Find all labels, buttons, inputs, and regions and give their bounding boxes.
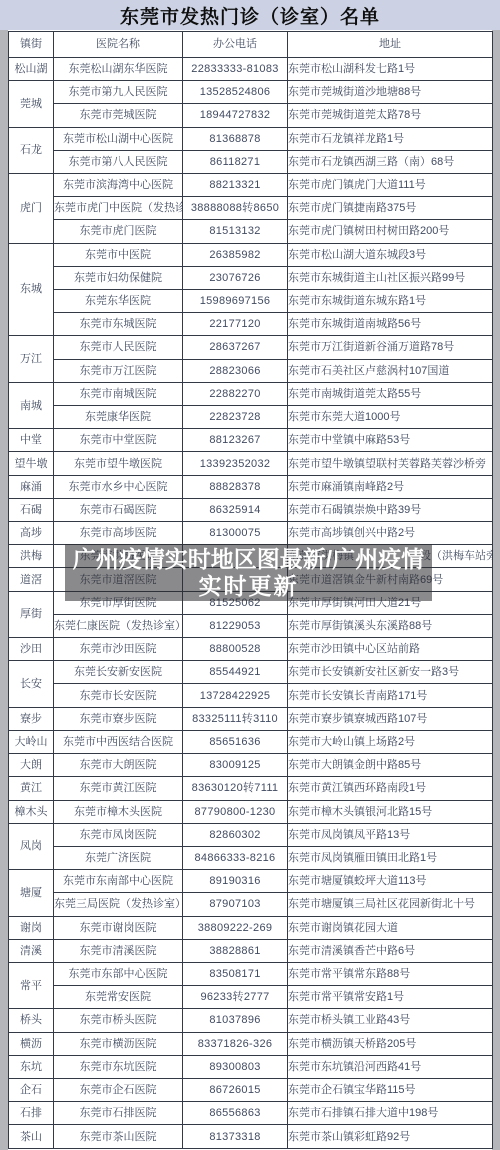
phone-cell: 89190316 bbox=[183, 870, 288, 893]
town-cell: 大朗 bbox=[9, 754, 54, 777]
hospital-name-cell: 东莞长安新安医院 bbox=[54, 661, 183, 684]
phone-cell: 13528524806 bbox=[183, 81, 288, 104]
table-row: 横沥东莞市横沥医院83371826-326东莞市横沥镇天桥路205号 bbox=[9, 1032, 493, 1055]
address-cell: 东莞市莞城街道沙地塘88号 bbox=[288, 81, 493, 104]
hospital-name-cell: 东莞市中西医结合医院 bbox=[54, 730, 183, 753]
phone-cell: 26385982 bbox=[183, 243, 288, 266]
phone-cell: 23076726 bbox=[183, 266, 288, 289]
hospital-name-cell: 东莞市中医院 bbox=[54, 243, 183, 266]
town-cell: 南城 bbox=[9, 382, 54, 428]
address-cell: 东莞市望牛墩镇望联村芙蓉路芙蓉沙桥旁 bbox=[288, 452, 493, 475]
table-row: 石排东莞市石排医院86556863东莞市石排镇石排大道中198号 bbox=[9, 1102, 493, 1125]
address-cell: 东莞市谢岗镇花园大道 bbox=[288, 916, 493, 939]
address-cell: 东莞市虎门镇捷南路375号 bbox=[288, 197, 493, 220]
town-cell: 东坑 bbox=[9, 1055, 54, 1078]
right-margin-strip bbox=[492, 30, 500, 1150]
town-cell: 石排 bbox=[9, 1102, 54, 1125]
table-row: 常平东莞市东部中心医院83508171东莞市常平镇常东路88号 bbox=[9, 962, 493, 985]
hospital-name-cell: 东莞市第九人民医院 bbox=[54, 81, 183, 104]
hospital-name-cell: 东莞市妇幼保健院 bbox=[54, 266, 183, 289]
address-cell: 东莞市沙田镇中心区站前路 bbox=[288, 638, 493, 661]
address-cell: 东莞市塘厦镇三局社区花园新街北十号 bbox=[288, 893, 493, 916]
page: 东莞市发热门诊（诊室）名单 镇街医院名称办公电话地址松山湖东莞松山湖东华医院22… bbox=[0, 0, 500, 1150]
town-cell: 大岭山 bbox=[9, 730, 54, 753]
phone-cell: 86325914 bbox=[183, 498, 288, 521]
hospital-name-cell: 东莞市东坑医院 bbox=[54, 1055, 183, 1078]
table-row: 樟木头东莞市樟木头医院87790800-1230东莞市樟木头镇银河北路15号 bbox=[9, 800, 493, 823]
address-cell: 东莞市松山湖大道东城段3号 bbox=[288, 243, 493, 266]
address-cell: 东莞市南城街道莞太路55号 bbox=[288, 382, 493, 405]
table-row: 万江东莞市人民医院28637267东莞市万江街道新谷涌万道路78号 bbox=[9, 336, 493, 359]
address-cell: 东莞市石龙镇祥龙路1号 bbox=[288, 127, 493, 150]
address-cell: 东莞市塘厦镇蛟坪大道113号 bbox=[288, 870, 493, 893]
table-row: 凤岗东莞市凤岗医院82860302东莞市凤岗镇凤平路13号 bbox=[9, 823, 493, 846]
phone-cell: 38888088转8650 bbox=[183, 197, 288, 220]
hospital-name-cell: 东莞常安医院 bbox=[54, 986, 183, 1009]
table-row: 东莞市虎门医院81513132东莞市虎门镇树田村树田路200号 bbox=[9, 220, 493, 243]
phone-cell: 38828861 bbox=[183, 939, 288, 962]
column-header: 地址 bbox=[288, 32, 493, 58]
address-cell: 东莞市东坑镇沿河西路41号 bbox=[288, 1055, 493, 1078]
address-cell: 东莞市虎门镇虎门大道111号 bbox=[288, 174, 493, 197]
table-row: 莞城东莞市第九人民医院13528524806东莞市莞城街道沙地塘88号 bbox=[9, 81, 493, 104]
address-cell: 东莞市黄江镇西环路南段1号 bbox=[288, 777, 493, 800]
table-row: 清溪东莞市清溪医院38828861东莞市清溪镇香芒中路6号 bbox=[9, 939, 493, 962]
hospital-name-cell: 东莞市大朗医院 bbox=[54, 754, 183, 777]
town-cell: 谢岗 bbox=[9, 916, 54, 939]
phone-cell: 81300075 bbox=[183, 522, 288, 545]
table-row: 东莞市第八人民医院86118271东莞市石龙镇西湖三路（南）68号 bbox=[9, 150, 493, 173]
hospital-name-cell: 东莞市中堂医院 bbox=[54, 429, 183, 452]
phone-cell: 81373318 bbox=[183, 1125, 288, 1149]
table-row: 石碣东莞市石碣医院86325914东莞市石碣镇崇焕中路39号 bbox=[9, 498, 493, 521]
town-cell: 东城 bbox=[9, 243, 54, 336]
town-cell: 望牛墩 bbox=[9, 452, 54, 475]
town-cell: 清溪 bbox=[9, 939, 54, 962]
address-cell: 东莞市石碣镇崇焕中路39号 bbox=[288, 498, 493, 521]
phone-cell: 83508171 bbox=[183, 962, 288, 985]
address-cell: 东莞市大岭山镇上场路2号 bbox=[288, 730, 493, 753]
town-cell: 中堂 bbox=[9, 429, 54, 452]
address-cell: 东莞市东莞大道1000号 bbox=[288, 406, 493, 429]
hospital-name-cell: 东莞市滨海湾中心医院 bbox=[54, 174, 183, 197]
town-cell: 桥头 bbox=[9, 1009, 54, 1032]
hospital-name-cell: 东莞市桥头医院 bbox=[54, 1009, 183, 1032]
phone-cell: 86726015 bbox=[183, 1078, 288, 1101]
table-row: 东莞广济医院84866333-8216东莞市凤岗镇雁田镇田北路1号 bbox=[9, 846, 493, 869]
table-row: 中堂东莞市中堂医院88123267东莞市中堂镇中麻路53号 bbox=[9, 429, 493, 452]
table-row: 高埗东莞市高埗医院81300075东莞市高埗镇创兴中路2号 bbox=[9, 522, 493, 545]
table-row: 东莞康华医院22823728东莞市东莞大道1000号 bbox=[9, 406, 493, 429]
address-cell: 东莞市长安镇新安社区新安一路3号 bbox=[288, 661, 493, 684]
town-cell: 横沥 bbox=[9, 1032, 54, 1055]
town-cell: 厚街 bbox=[9, 591, 54, 637]
town-cell: 松山湖 bbox=[9, 58, 54, 81]
phone-cell: 87790800-1230 bbox=[183, 800, 288, 823]
address-cell: 东莞市东城街道南城路56号 bbox=[288, 313, 493, 336]
address-cell: 东莞市清溪镇香芒中路6号 bbox=[288, 939, 493, 962]
town-cell: 凤岗 bbox=[9, 823, 54, 869]
town-cell: 茶山 bbox=[9, 1125, 54, 1149]
hospital-name-cell: 东莞市望牛墩医院 bbox=[54, 452, 183, 475]
phone-cell: 88123267 bbox=[183, 429, 288, 452]
column-header: 医院名称 bbox=[54, 32, 183, 58]
hospital-name-cell: 东莞市樟木头医院 bbox=[54, 800, 183, 823]
hospital-name-cell: 东莞市第八人民医院 bbox=[54, 150, 183, 173]
address-cell: 东莞市高埗镇创兴中路2号 bbox=[288, 522, 493, 545]
address-cell: 东莞市樟木头镇银河北路15号 bbox=[288, 800, 493, 823]
phone-cell: 13728422925 bbox=[183, 684, 288, 707]
phone-cell: 82860302 bbox=[183, 823, 288, 846]
address-cell: 东莞市长安镇长青南路171号 bbox=[288, 684, 493, 707]
address-cell: 东莞市中堂镇中麻路53号 bbox=[288, 429, 493, 452]
table-row: 麻涌东莞市水乡中心医院88828378东莞市麻涌镇南峰路2号 bbox=[9, 475, 493, 498]
table-row: 东莞市莞城医院18944727832东莞市莞城街道莞太路78号 bbox=[9, 104, 493, 127]
address-cell: 东莞市石排镇石排大道中198号 bbox=[288, 1102, 493, 1125]
column-header: 办公电话 bbox=[183, 32, 288, 58]
hospital-name-cell: 东莞市石碣医院 bbox=[54, 498, 183, 521]
table-row: 石龙东莞市松山湖中心医院81368878东莞市石龙镇祥龙路1号 bbox=[9, 127, 493, 150]
town-cell: 樟木头 bbox=[9, 800, 54, 823]
phone-cell: 22833333-81083 bbox=[183, 58, 288, 81]
town-cell: 万江 bbox=[9, 336, 54, 382]
hospital-name-cell: 东莞市寮步医院 bbox=[54, 707, 183, 730]
watermark-line2: 实时更新 bbox=[199, 573, 299, 600]
phone-cell: 96233转2777 bbox=[183, 986, 288, 1009]
phone-cell: 22882270 bbox=[183, 382, 288, 405]
hospital-name-cell: 东莞市人民医院 bbox=[54, 336, 183, 359]
phone-cell: 83371826-326 bbox=[183, 1032, 288, 1055]
hospital-name-cell: 东莞市长安医院 bbox=[54, 684, 183, 707]
hospital-name-cell: 东莞广济医院 bbox=[54, 846, 183, 869]
hospital-name-cell: 东莞松山湖东华医院 bbox=[54, 58, 183, 81]
phone-cell: 88800528 bbox=[183, 638, 288, 661]
phone-cell: 22823728 bbox=[183, 406, 288, 429]
address-cell: 东莞市麻涌镇南峰路2号 bbox=[288, 475, 493, 498]
table-row: 茶山东莞市茶山医院81373318东莞市茶山镇彩虹路92号 bbox=[9, 1125, 493, 1149]
table-row: 东莞市虎门中医院（发热诊室）38888088转8650东莞市虎门镇捷南路375号 bbox=[9, 197, 493, 220]
table-row: 望牛墩东莞市望牛墩医院13392352032东莞市望牛墩镇望联村芙蓉路芙蓉沙桥旁 bbox=[9, 452, 493, 475]
address-cell: 东莞市企石镇宝华路115号 bbox=[288, 1078, 493, 1101]
hospital-name-cell: 东莞市虎门中医院（发热诊室） bbox=[54, 197, 183, 220]
address-cell: 东莞市常平镇常东路88号 bbox=[288, 962, 493, 985]
town-cell: 塘厦 bbox=[9, 870, 54, 916]
address-cell: 东莞市寮步镇寮城西路107号 bbox=[288, 707, 493, 730]
address-cell: 东莞市桥头镇工业路43号 bbox=[288, 1009, 493, 1032]
table-row: 南城东莞市南城医院22882270东莞市南城街道莞太路55号 bbox=[9, 382, 493, 405]
phone-cell: 81229053 bbox=[183, 614, 288, 637]
hospital-name-cell: 东莞三局医院（发热诊室） bbox=[54, 893, 183, 916]
hospital-name-cell: 东莞市高埗医院 bbox=[54, 522, 183, 545]
table-row: 东莞市长安医院13728422925东莞市长安镇长青南路171号 bbox=[9, 684, 493, 707]
address-cell: 东莞市厚街镇溪头东溪路88号 bbox=[288, 614, 493, 637]
phone-cell: 15989697156 bbox=[183, 290, 288, 313]
table-row: 黄江东莞市黄江医院83630120转7111东莞市黄江镇西环路南段1号 bbox=[9, 777, 493, 800]
table-row: 东莞常安医院96233转2777东莞市常平镇常安路1号 bbox=[9, 986, 493, 1009]
town-cell: 企石 bbox=[9, 1078, 54, 1101]
town-cell: 麻涌 bbox=[9, 475, 54, 498]
phone-cell: 81513132 bbox=[183, 220, 288, 243]
left-margin-strip bbox=[0, 30, 8, 1150]
town-cell: 沙田 bbox=[9, 638, 54, 661]
hospital-name-cell: 东莞市东部中心医院 bbox=[54, 962, 183, 985]
phone-cell: 81037896 bbox=[183, 1009, 288, 1032]
address-cell: 东莞市茶山镇彩虹路92号 bbox=[288, 1125, 493, 1149]
hospital-name-cell: 东莞市松山湖中心医院 bbox=[54, 127, 183, 150]
address-cell: 东莞市虎门镇树田村树田路200号 bbox=[288, 220, 493, 243]
phone-cell: 22177120 bbox=[183, 313, 288, 336]
hospital-name-cell: 东莞市东南部中心医院 bbox=[54, 870, 183, 893]
column-header: 镇街 bbox=[9, 32, 54, 58]
table-row: 大朗东莞市大朗医院83009125东莞市大朗镇金朗中路85号 bbox=[9, 754, 493, 777]
town-cell: 常平 bbox=[9, 962, 54, 1008]
table-row: 长安东莞长安新安医院85544921东莞市长安镇新安社区新安一路3号 bbox=[9, 661, 493, 684]
hospital-name-cell: 东莞市横沥医院 bbox=[54, 1032, 183, 1055]
table-row: 东莞仁康医院（发热诊室）81229053东莞市厚街镇溪头东溪路88号 bbox=[9, 614, 493, 637]
address-cell: 东莞市凤岗镇雁田镇田北路1号 bbox=[288, 846, 493, 869]
table-row: 东坑东莞市东坑医院89300803东莞市东坑镇沿河西路41号 bbox=[9, 1055, 493, 1078]
hospital-name-cell: 东莞市虎门医院 bbox=[54, 220, 183, 243]
table-row: 东莞市东城医院22177120东莞市东城街道南城路56号 bbox=[9, 313, 493, 336]
hospital-name-cell: 东莞市莞城医院 bbox=[54, 104, 183, 127]
address-cell: 东莞市万江街道新谷涌万道路78号 bbox=[288, 336, 493, 359]
town-cell: 长安 bbox=[9, 661, 54, 707]
table-row: 东莞东华医院15989697156东莞市东城街道东城东路1号 bbox=[9, 290, 493, 313]
phone-cell: 85544921 bbox=[183, 661, 288, 684]
table-row: 沙田东莞市沙田医院88800528东莞市沙田镇中心区站前路 bbox=[9, 638, 493, 661]
table-row: 寮步东莞市寮步医院83325111转3110东莞市寮步镇寮城西路107号 bbox=[9, 707, 493, 730]
hospital-name-cell: 东莞市水乡中心医院 bbox=[54, 475, 183, 498]
hospital-name-cell: 东莞东华医院 bbox=[54, 290, 183, 313]
table-row: 企石东莞市企石医院86726015东莞市企石镇宝华路115号 bbox=[9, 1078, 493, 1101]
hospital-name-cell: 东莞市清溪医院 bbox=[54, 939, 183, 962]
address-cell: 东莞市莞城街道莞太路78号 bbox=[288, 104, 493, 127]
page-title: 东莞市发热门诊（诊室）名单 bbox=[0, 0, 500, 30]
address-cell: 东莞市凤岗镇凤平路13号 bbox=[288, 823, 493, 846]
hospital-name-cell: 东莞市万江医院 bbox=[54, 359, 183, 382]
watermark-line1: 广州疫情实时地区图最新/广州疫情 bbox=[73, 546, 424, 573]
phone-cell: 87907103 bbox=[183, 893, 288, 916]
phone-cell: 86118271 bbox=[183, 150, 288, 173]
address-cell: 东莞市石美社区卢慈涡村107国道 bbox=[288, 359, 493, 382]
phone-cell: 38809222-269 bbox=[183, 916, 288, 939]
phone-cell: 85651636 bbox=[183, 730, 288, 753]
town-cell: 寮步 bbox=[9, 707, 54, 730]
town-cell: 洪梅 bbox=[9, 545, 54, 568]
hospital-name-cell: 东莞市谢岗医院 bbox=[54, 916, 183, 939]
address-cell: 东莞市东城街道主山社区振兴路99号 bbox=[288, 266, 493, 289]
hospital-name-cell: 东莞市黄江医院 bbox=[54, 777, 183, 800]
table-row: 东莞三局医院（发热诊室）87907103东莞市塘厦镇三局社区花园新街北十号 bbox=[9, 893, 493, 916]
table-row: 谢岗东莞市谢岗医院38809222-269东莞市谢岗镇花园大道 bbox=[9, 916, 493, 939]
hospital-name-cell: 东莞市企石医院 bbox=[54, 1078, 183, 1101]
hospital-name-cell: 东莞市石排医院 bbox=[54, 1102, 183, 1125]
table-row: 东莞市万江医院28823066东莞市石美社区卢慈涡村107国道 bbox=[9, 359, 493, 382]
address-cell: 东莞市常平镇常安路1号 bbox=[288, 986, 493, 1009]
table-row: 塘厦东莞市东南部中心医院89190316东莞市塘厦镇蛟坪大道113号 bbox=[9, 870, 493, 893]
address-cell: 东莞市大朗镇金朗中路85号 bbox=[288, 754, 493, 777]
phone-cell: 28823066 bbox=[183, 359, 288, 382]
phone-cell: 83630120转7111 bbox=[183, 777, 288, 800]
hospital-name-cell: 东莞市茶山医院 bbox=[54, 1125, 183, 1149]
hospital-name-cell: 东莞市东城医院 bbox=[54, 313, 183, 336]
town-cell: 石龙 bbox=[9, 127, 54, 173]
address-cell: 东莞市松山湖科发七路1号 bbox=[288, 58, 493, 81]
town-cell: 道滘 bbox=[9, 568, 54, 591]
town-cell: 虎门 bbox=[9, 174, 54, 244]
phone-cell: 86556863 bbox=[183, 1102, 288, 1125]
phone-cell: 89300803 bbox=[183, 1055, 288, 1078]
table-row: 东城东莞市中医院26385982东莞市松山湖大道东城段3号 bbox=[9, 243, 493, 266]
town-cell: 高埗 bbox=[9, 522, 54, 545]
watermark-overlay: 广州疫情实时地区图最新/广州疫情 实时更新 bbox=[65, 544, 432, 601]
hospital-name-cell: 东莞仁康医院（发热诊室） bbox=[54, 614, 183, 637]
address-cell: 东莞市石龙镇西湖三路（南）68号 bbox=[288, 150, 493, 173]
hospital-name-cell: 东莞市凤岗医院 bbox=[54, 823, 183, 846]
table-row: 桥头东莞市桥头医院81037896东莞市桥头镇工业路43号 bbox=[9, 1009, 493, 1032]
phone-cell: 83009125 bbox=[183, 754, 288, 777]
table-row: 虎门东莞市滨海湾中心医院88213321东莞市虎门镇虎门大道111号 bbox=[9, 174, 493, 197]
address-cell: 东莞市横沥镇天桥路205号 bbox=[288, 1032, 493, 1055]
hospital-name-cell: 东莞康华医院 bbox=[54, 406, 183, 429]
phone-cell: 28637267 bbox=[183, 336, 288, 359]
phone-cell: 88828378 bbox=[183, 475, 288, 498]
hospital-name-cell: 东莞市沙田医院 bbox=[54, 638, 183, 661]
phone-cell: 83325111转3110 bbox=[183, 707, 288, 730]
phone-cell: 84866333-8216 bbox=[183, 846, 288, 869]
town-cell: 石碣 bbox=[9, 498, 54, 521]
hospital-name-cell: 东莞市南城医院 bbox=[54, 382, 183, 405]
phone-cell: 88213321 bbox=[183, 174, 288, 197]
table-row: 东莞市妇幼保健院23076726东莞市东城街道主山社区振兴路99号 bbox=[9, 266, 493, 289]
phone-cell: 81368878 bbox=[183, 127, 288, 150]
town-cell: 莞城 bbox=[9, 81, 54, 127]
phone-cell: 13392352032 bbox=[183, 452, 288, 475]
town-cell: 黄江 bbox=[9, 777, 54, 800]
address-cell: 东莞市东城街道东城东路1号 bbox=[288, 290, 493, 313]
phone-cell: 18944727832 bbox=[183, 104, 288, 127]
table-row: 大岭山东莞市中西医结合医院85651636东莞市大岭山镇上场路2号 bbox=[9, 730, 493, 753]
table-row: 松山湖东莞松山湖东华医院22833333-81083东莞市松山湖科发七路1号 bbox=[9, 58, 493, 81]
